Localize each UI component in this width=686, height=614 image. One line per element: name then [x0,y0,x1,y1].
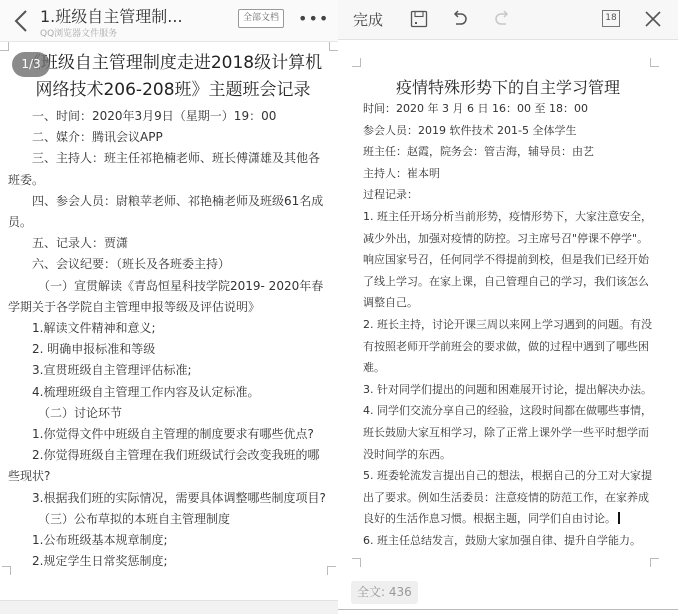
page-corner-mark [0,42,9,51]
editor-paragraph-text: 4. 同学们交流分享自己的经验，这段时间都在做哪些事情，班长鼓励大家互相学习，除… [363,404,652,460]
document-paragraph: 2. 明确申报标准和等级 [8,339,326,360]
document-paragraph: 1.你觉得文件中班级自主管理的制度要求有哪些优点? [8,424,326,445]
editor-panel: 完成 18 疫情特殊形势下的自主学习管理 时间：2020 年 3 月 6 日 1… [338,0,686,614]
document-paragraph: 1.解读文件精神和意义; [8,318,326,339]
page-corner-mark [650,58,659,67]
document-body: 一、时间：2020年3月9日（星期一）19：00二、媒介：腾讯会议APP三、主持… [8,106,326,572]
document-heading: 《班级自主管理制度走进2018级计算机网络技术206-208班》主题班会记录 [18,50,328,104]
all-documents-button[interactable]: 全部文档 [238,9,284,28]
editor-text-area[interactable]: 时间：2020 年 3 月 6 日 16：00 至 18：00参会人员：2019… [363,98,655,551]
document-title: 1.班级自主管理制... [40,4,183,27]
font-size-button[interactable]: 18 [602,10,620,27]
editor-paragraph-text: 5. 班委轮流发言提出自己的想法，根据自己的分工对大家提出了要求。例如生活委员：… [363,469,652,525]
document-paragraph: （一）宣贯解读《青岛恒星科技学院2019- 2020年春学期关于各学院自主管理申… [8,276,326,318]
editor-document-title[interactable]: 疫情特殊形势下的自主学习管理 [338,75,678,98]
document-page[interactable]: 1/3 《班级自主管理制度走进2018级计算机网络技术206-208班》主题班会… [0,42,338,602]
document-paragraph: 一、时间：2020年3月9日（星期一）19：00 [8,106,326,127]
editor-paragraph-text: 6. 班主任总结发言，鼓励大家加强自律、提升自学能力。 [363,534,641,547]
editor-paragraph-text: 1. 班主任开场分析当前形势，疫情形势下，大家注意安全，减少外出，加强对疫情的防… [363,210,652,309]
editor-paragraph[interactable]: 3. 针对同学们提出的问题和困难展开讨论，提出解决办法。 [363,379,655,401]
editor-paragraph[interactable]: 参会人员：2019 软件技术 201-5 全体学生 [363,120,655,142]
editor-paragraph-text: 参会人员：2019 软件技术 201-5 全体学生 [363,124,576,137]
editor-paragraph[interactable]: 过程记录： [363,184,655,206]
editor-paragraph-text: 班主任：赵霞，院务会：管吉海，辅导员：由艺 [363,145,594,158]
document-paragraph: 2.你觉得班级自主管理在我们班级试行会改变我班的哪些现状? [8,445,326,487]
document-paragraph: 2.规定学生日常奖惩制度; [8,551,326,572]
document-paragraph: 三、主持人：班主任祁艳楠老师、班长傅潇雄及其他各班委。 [8,148,326,190]
page-corner-mark [327,566,336,575]
document-viewer-panel: 1.班级自主管理制... QQ浏览器文件服务 全部文档 ••• 1/3 《班级自… [0,0,338,614]
editor-paragraph[interactable]: 6. 班主任总结发言，鼓励大家加强自律、提升自学能力。 [363,530,655,552]
document-paragraph: 四、参会人员：尉粮苹老师、祁艳楠老师及班级61名成员。 [8,191,326,233]
editor-footer-divider [338,609,678,610]
text-cursor [618,512,620,524]
document-paragraph: （三）公布草拟的本班自主管理制度 [8,509,326,530]
document-paragraph: 五、记录人：贾潇 [8,233,326,254]
editor-toolbar: 完成 18 [338,0,678,40]
document-paragraph: 二、媒介：腾讯会议APP [8,127,326,148]
editor-paragraph-text: 过程记录： [363,188,418,201]
editor-paragraph-text: 2. 班长主持，讨论开课三周以来网上学习遇到的问题。有没有按照老师开学前班会的要… [363,318,652,374]
save-icon[interactable] [410,10,428,28]
page-corner-mark [352,558,361,567]
document-paragraph: 4.梳理班级自主管理工作内容及认定标准。 [8,382,326,403]
close-icon[interactable] [644,10,662,28]
document-source: QQ浏览器文件服务 [40,26,117,39]
editor-paragraph[interactable]: 4. 同学们交流分享自己的经验，这段时间都在做哪些事情，班长鼓励大家互相学习，除… [363,400,655,465]
page-corner-mark [329,42,338,51]
document-paragraph: （二）讨论环节 [8,403,326,424]
back-arrow-icon[interactable] [12,9,32,33]
redo-icon[interactable] [493,10,511,28]
more-options-icon[interactable]: ••• [298,11,329,27]
editor-paragraph[interactable]: 时间：2020 年 3 月 6 日 16：00 至 18：00 [363,98,655,120]
document-paragraph: 3.宣贯班级自主管理评估标准; [8,360,326,381]
editor-paragraph[interactable]: 班主任：赵霞，院务会：管吉海，辅导员：由艺 [363,141,655,163]
word-count-badge: 全文: 436 [351,581,418,604]
done-button[interactable]: 完成 [353,9,383,30]
page-corner-mark [650,558,659,567]
editor-paragraph[interactable]: 1. 班主任开场分析当前形势，疫情形势下，大家注意安全，减少外出，加强对疫情的防… [363,206,655,314]
document-paragraph: 六、会议纪要：（班长及各班委主持） [8,254,326,275]
viewer-header: 1.班级自主管理制... QQ浏览器文件服务 全部文档 ••• [0,0,338,42]
undo-icon[interactable] [451,10,469,28]
document-paragraph: 1.公布班级基本规章制度; [8,530,326,551]
page-corner-mark [352,58,361,67]
editor-paragraph-text: 时间：2020 年 3 月 6 日 16：00 至 18：00 [363,102,588,115]
document-paragraph: 3.根据我们班的实际情况，需要具体调整哪些制度项目? [8,488,326,509]
editor-paragraph[interactable]: 主持人：崔本明 [363,163,655,185]
page-indicator-badge: 1/3 [12,52,50,77]
editor-paragraph-text: 主持人：崔本明 [363,167,440,180]
viewer-footer [0,600,338,614]
editor-paragraph-text: 3. 针对同学们提出的问题和困难展开讨论，提出解决办法。 [363,383,652,396]
editor-paragraph[interactable]: 2. 班长主持，讨论开课三周以来网上学习遇到的问题。有没有按照老师开学前班会的要… [363,314,655,379]
editor-paragraph[interactable]: 5. 班委轮流发言提出自己的想法，根据自己的分工对大家提出了要求。例如生活委员：… [363,465,655,530]
